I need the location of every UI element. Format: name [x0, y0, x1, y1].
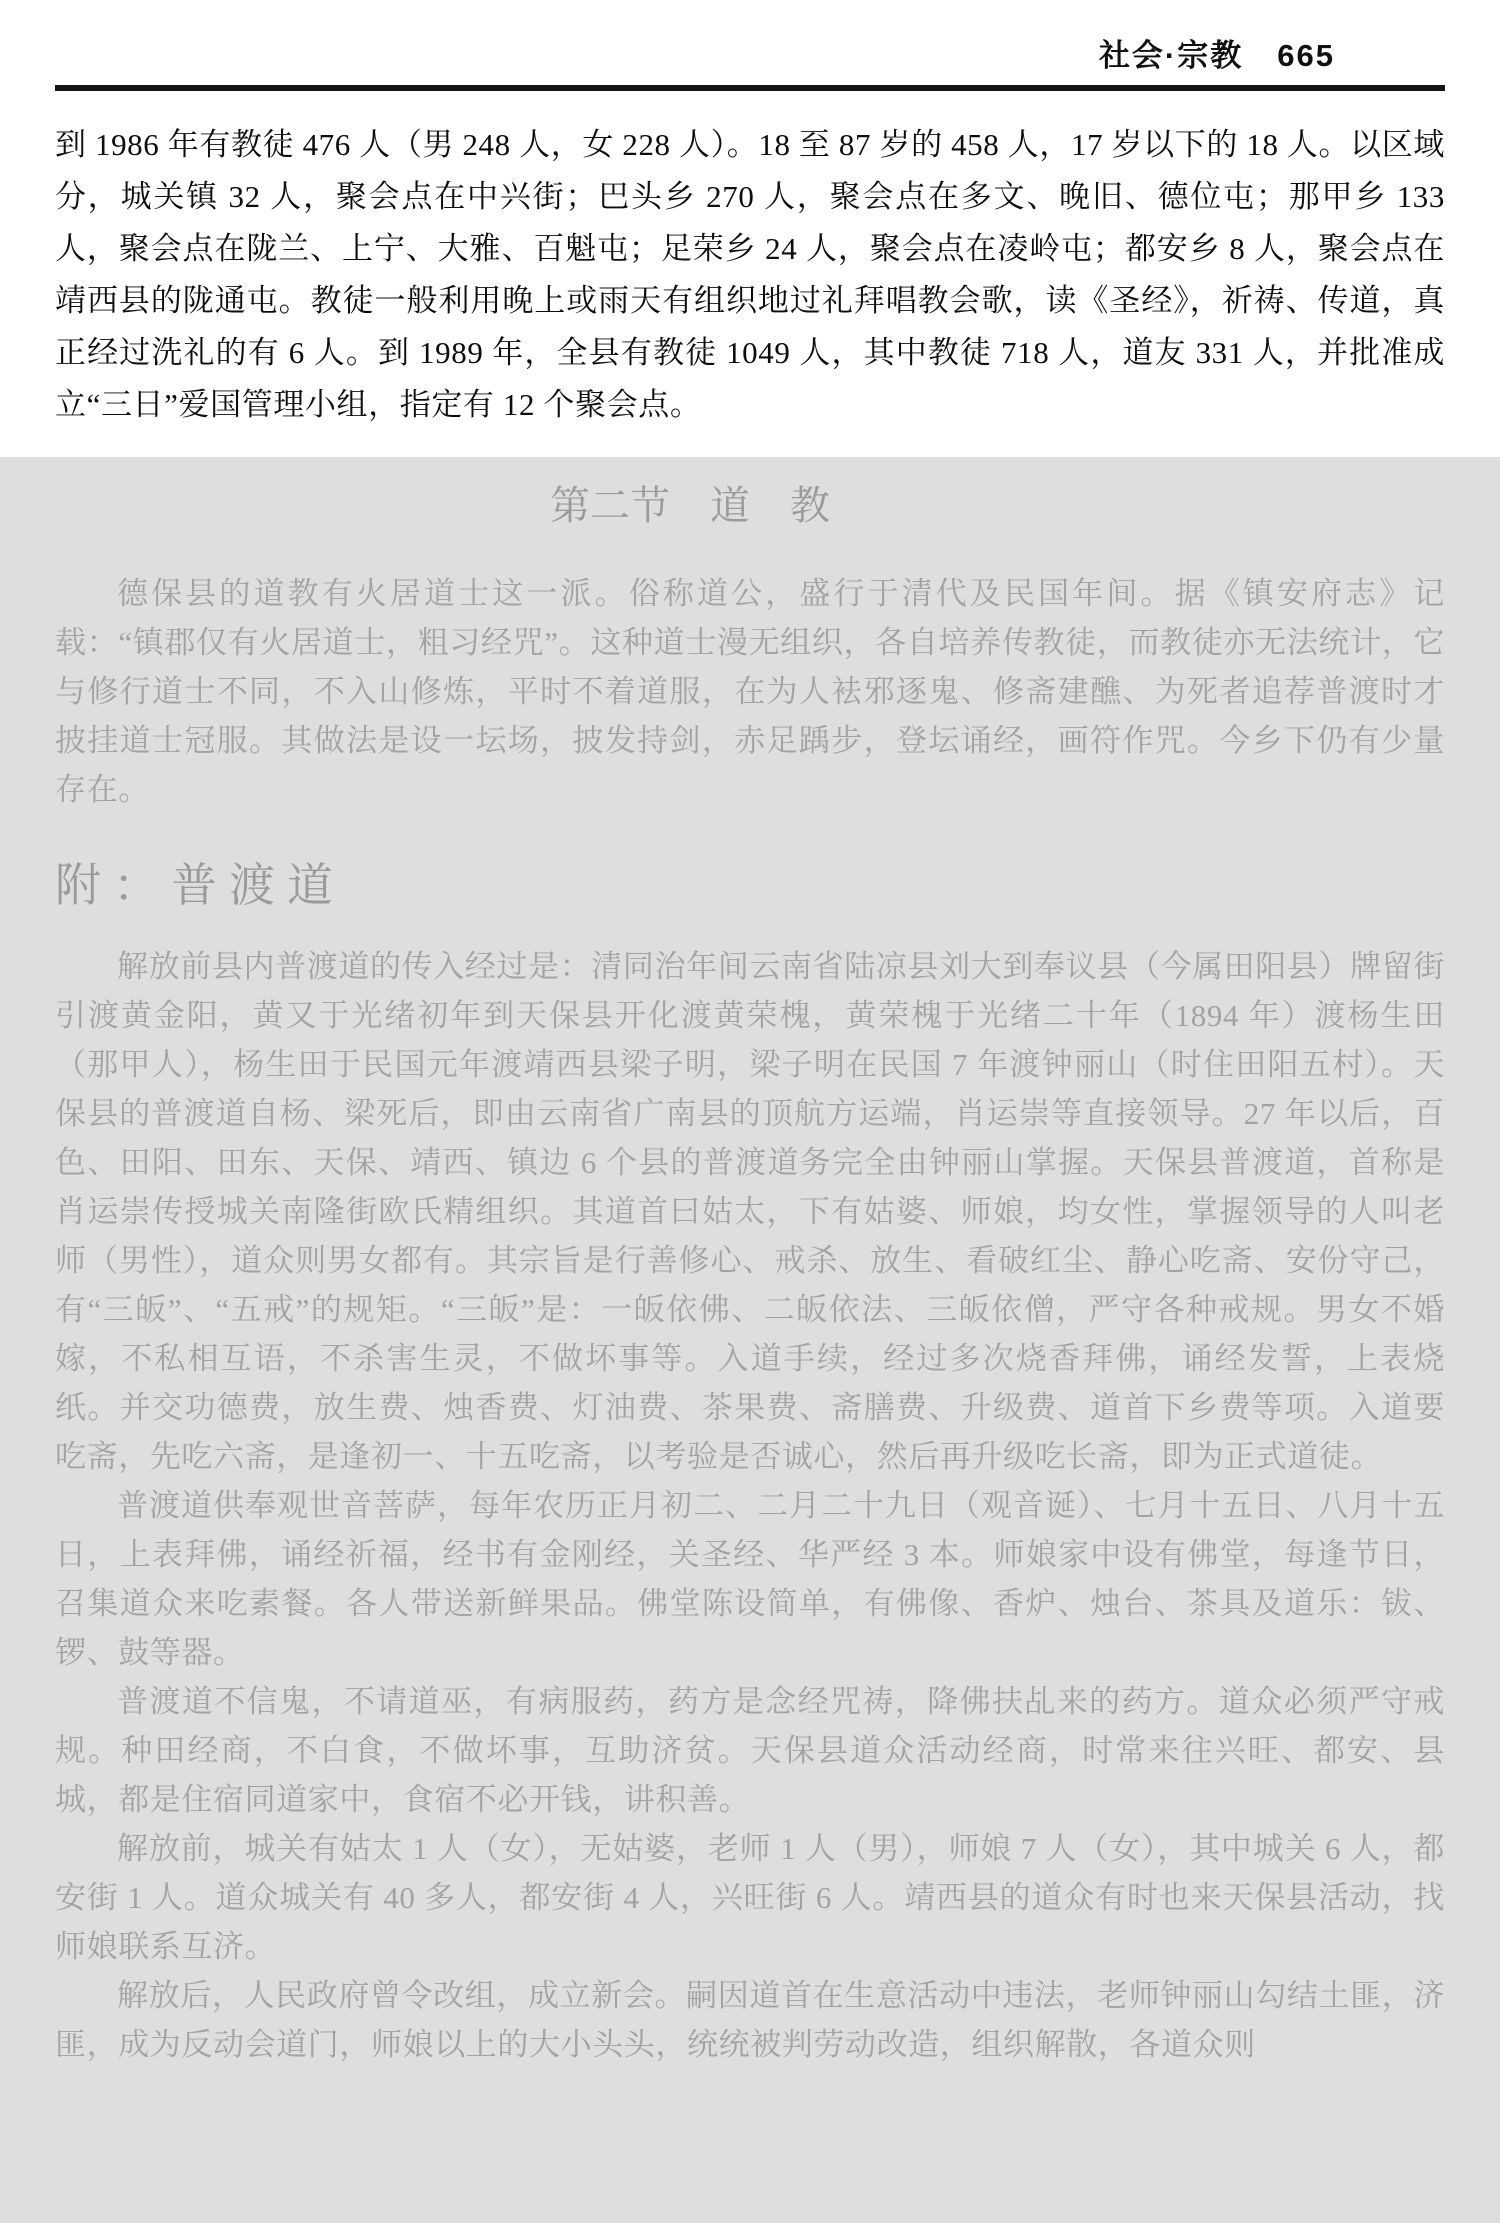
header-section-label: 社会·宗教	[1099, 30, 1243, 75]
header-page-number: 665	[1277, 38, 1335, 74]
running-header: 社会·宗教 665	[55, 30, 1445, 75]
appendix-paragraph-3: 普渡道不信鬼，不请道巫，有病服药，药方是念经咒祷，降佛扶乩来的药方。道众必须严守…	[55, 1677, 1445, 1824]
appendix-paragraph-4: 解放前，城关有姑太 1 人（女），无姑婆，老师 1 人（男），师娘 7 人（女）…	[55, 1824, 1445, 1971]
appendix-title: 附：普渡道	[55, 856, 1445, 916]
section-title: 第二节 道 教	[0, 479, 1385, 533]
taoism-section: 第二节 道 教 德保县的道教有火居道士这一派。俗称道公，盛行于清代及民国年间。据…	[0, 457, 1500, 2223]
appendix-paragraph-2: 普渡道供奉观世音菩萨，每年农历正月初二、二月二十九日（观音诞）、七月十五日、八月…	[55, 1481, 1445, 1677]
appendix-paragraph-5: 解放后，人民政府曾令改组，成立新会。嗣因道首在生意活动中违法，老师钟丽山勾结土匪…	[55, 1971, 1445, 2069]
book-page: 社会·宗教 665 到 1986 年有教徒 476 人（男 248 人，女 22…	[0, 0, 1500, 2223]
taoism-paragraph: 德保县的道教有火居道士这一派。俗称道公，盛行于清代及民国年间。据《镇安府志》记载…	[55, 569, 1445, 814]
header-rule	[55, 85, 1445, 91]
appendix-paragraph-1: 解放前县内普渡道的传入经过是：清同治年间云南省陆凉县刘大到奉议县（今属田阳县）牌…	[55, 942, 1445, 1481]
page-top-section: 社会·宗教 665 到 1986 年有教徒 476 人（男 248 人，女 22…	[0, 0, 1500, 431]
intro-paragraph: 到 1986 年有教徒 476 人（男 248 人，女 228 人）。18 至 …	[55, 119, 1445, 431]
